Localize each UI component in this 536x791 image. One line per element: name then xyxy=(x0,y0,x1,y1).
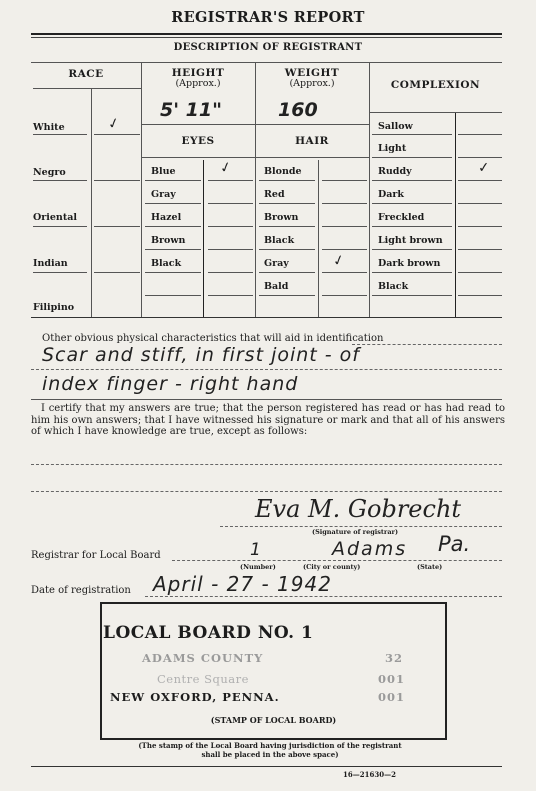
eyes-option-gray: Gray xyxy=(151,189,176,200)
footer-rule xyxy=(31,766,502,767)
local-board-state[interactable]: Pa. xyxy=(438,532,470,556)
hair-check-line xyxy=(322,295,367,296)
eyes-row-line xyxy=(145,272,201,273)
hair-option-red: Red xyxy=(264,189,285,200)
characteristics-line1-rule xyxy=(31,369,502,370)
hair-option-brown: Brown xyxy=(264,212,298,223)
eyes-option-brown: Brown xyxy=(151,235,185,246)
col-divider-height xyxy=(255,62,256,317)
race-option-white: White xyxy=(33,122,65,133)
stamp-instructions-line2: shall be placed in the above space) xyxy=(80,750,460,759)
number-caption: (Number) xyxy=(240,563,276,571)
height-header: HEIGHT (Approx.) xyxy=(141,67,255,89)
description-subtitle: DESCRIPTION OF REGISTRANT xyxy=(0,42,536,53)
registrar-signature[interactable]: Eva M. Gobrecht xyxy=(255,495,461,523)
weight-value: 160 xyxy=(278,99,318,121)
eyes-row-line xyxy=(145,226,201,227)
hair-check-line xyxy=(322,226,367,227)
certification-text: I certify that my answers are true; that… xyxy=(31,403,505,438)
eyes-header-underline xyxy=(141,157,255,158)
complexion-option-light: Light xyxy=(378,143,406,154)
hair-row-line xyxy=(259,272,315,273)
complexion-header-underline xyxy=(369,112,502,113)
eyes-header: EYES xyxy=(141,135,255,147)
complexion-row-line xyxy=(372,134,452,135)
hair-gray-checkmark[interactable]: ✓ xyxy=(331,252,346,270)
characteristics-label: Other obvious physical characteristics t… xyxy=(42,333,383,345)
date-line xyxy=(145,596,502,597)
stamp-instructions-line1: (The stamp of the Local Board having jur… xyxy=(80,741,460,750)
hair-row-line xyxy=(259,226,315,227)
eyes-check-line xyxy=(208,226,253,227)
height-value: 5' 11" xyxy=(160,99,222,121)
race-option-negro: Negro xyxy=(33,167,66,178)
eyes-option-blue: Blue xyxy=(151,166,176,177)
stamp-county-code: 32 xyxy=(385,651,403,665)
state-caption: (State) xyxy=(417,563,442,571)
hair-row-line xyxy=(259,180,315,181)
complexion-check-line xyxy=(458,134,502,135)
complexion-check-line xyxy=(458,226,502,227)
race-header-underline xyxy=(33,88,141,89)
col-divider-hair-check xyxy=(318,160,319,317)
eyes-row-line xyxy=(145,203,201,204)
complexion-option-dark-brown: Dark brown xyxy=(378,258,440,269)
complexion-option-freckled: Freckled xyxy=(378,212,424,223)
stamp-caption: (STAMP OF LOCAL BOARD) xyxy=(100,715,447,725)
table-top-border xyxy=(31,62,502,63)
hair-check-line xyxy=(322,249,367,250)
eyes-blue-checkmark[interactable]: ✓ xyxy=(218,159,233,177)
complexion-option-ruddy: Ruddy xyxy=(378,166,412,177)
complexion-ruddy-checkmark[interactable]: ✓ xyxy=(477,160,490,177)
eyes-option-hazel: Hazel xyxy=(151,212,181,223)
hair-header-underline xyxy=(255,157,369,158)
characteristics-line2[interactable]: index finger - right hand xyxy=(42,373,298,395)
race-white-checkmark[interactable]: ✓ xyxy=(106,115,121,133)
characteristics-line2-rule xyxy=(31,399,502,400)
complexion-row-line xyxy=(372,180,452,181)
stamp-line-county: ADAMS COUNTY xyxy=(142,651,263,665)
complexion-row-line xyxy=(372,295,452,296)
race-row-line xyxy=(33,180,87,181)
stamp-instructions: (The stamp of the Local Board having jur… xyxy=(80,741,460,759)
col-divider-race-check xyxy=(91,88,92,317)
eyes-check-line xyxy=(208,180,253,181)
height-approx: (Approx.) xyxy=(141,79,255,89)
complexion-check-line xyxy=(458,295,502,296)
eyes-option-black: Black xyxy=(151,258,181,269)
complexion-option-sallow: Sallow xyxy=(378,121,413,132)
complexion-option-dark: Dark xyxy=(378,189,404,200)
signature-caption: (Signature of registrar) xyxy=(312,528,398,536)
characteristics-line1[interactable]: Scar and stiff, in first joint - of xyxy=(42,344,360,366)
stamp-line-board-number: LOCAL BOARD NO. 1 xyxy=(103,623,313,643)
signature-line xyxy=(220,526,502,527)
race-check-line xyxy=(94,134,140,135)
race-row-line xyxy=(33,272,87,273)
title-divider xyxy=(31,33,502,38)
eyes-check-line xyxy=(208,295,253,296)
race-header: RACE xyxy=(31,68,141,80)
eyes-row-line xyxy=(145,295,201,296)
eyes-row-line xyxy=(145,249,201,250)
eyes-check-line xyxy=(208,272,253,273)
weight-approx: (Approx.) xyxy=(255,79,369,89)
race-check-line xyxy=(94,180,140,181)
complexion-row-line xyxy=(372,157,452,158)
complexion-check-line xyxy=(458,249,502,250)
exceptions-line-2[interactable] xyxy=(31,491,502,492)
form-number: 16—21630—2 xyxy=(343,770,396,779)
local-board-number[interactable]: 1 xyxy=(250,540,261,560)
hair-header: HAIR xyxy=(255,135,369,147)
complexion-check-line xyxy=(458,180,502,181)
hair-row-line xyxy=(259,203,315,204)
col-divider-race xyxy=(141,62,142,317)
complexion-option-black: Black xyxy=(378,281,408,292)
hair-option-bald: Bald xyxy=(264,281,288,292)
local-board-county[interactable]: Adams xyxy=(332,538,407,560)
col-divider-eyes-check xyxy=(203,160,204,317)
col-divider-weight xyxy=(369,62,370,317)
weight-header: WEIGHT (Approx.) xyxy=(255,67,369,89)
eyes-row-line xyxy=(145,180,201,181)
report-title: REGISTRAR'S REPORT xyxy=(0,9,536,26)
hair-option-black: Black xyxy=(264,235,294,246)
stamp-street-code: 001 xyxy=(378,672,405,686)
race-row-line xyxy=(33,134,87,135)
complexion-row-line xyxy=(372,249,452,250)
hair-row-line xyxy=(259,295,315,296)
complexion-check-line xyxy=(458,157,502,158)
race-option-filipino: Filipino xyxy=(33,302,74,313)
weight-underline xyxy=(255,124,369,125)
race-option-oriental: Oriental xyxy=(33,212,77,223)
col-divider-complexion-check xyxy=(455,112,456,317)
race-check-line xyxy=(94,272,140,273)
local-board-line xyxy=(172,560,502,561)
stamp-line-city: NEW OXFORD, PENNA. xyxy=(110,690,280,704)
registration-date[interactable]: April - 27 - 1942 xyxy=(153,572,332,596)
city-county-caption: (City or county) xyxy=(303,563,360,571)
table-bottom-border xyxy=(31,317,502,318)
complexion-header: COMPLEXION xyxy=(369,79,502,91)
local-board-label: Registrar for Local Board xyxy=(31,550,161,562)
complexion-row-line xyxy=(372,272,452,273)
eyes-check-line xyxy=(208,203,253,204)
height-underline xyxy=(141,124,255,125)
hair-option-blonde: Blonde xyxy=(264,166,302,177)
exceptions-line-1[interactable] xyxy=(31,464,502,465)
hair-check-line xyxy=(322,180,367,181)
stamp-city-code: 001 xyxy=(378,690,405,704)
complexion-check-line xyxy=(458,272,502,273)
complexion-row-line xyxy=(372,203,452,204)
hair-check-line xyxy=(322,272,367,273)
date-label: Date of registration xyxy=(31,585,131,597)
race-row-line xyxy=(33,226,87,227)
hair-row-line xyxy=(259,249,315,250)
characteristics-label-leader xyxy=(352,344,502,345)
race-check-line xyxy=(94,226,140,227)
hair-check-line xyxy=(322,203,367,204)
race-option-indian: Indian xyxy=(33,258,68,269)
complexion-row-line xyxy=(372,226,452,227)
eyes-check-line xyxy=(208,249,253,250)
hair-option-gray: Gray xyxy=(264,258,289,269)
complexion-check-line xyxy=(458,203,502,204)
complexion-option-light-brown: Light brown xyxy=(378,235,443,246)
stamp-line-street: Centre Square xyxy=(157,672,249,686)
